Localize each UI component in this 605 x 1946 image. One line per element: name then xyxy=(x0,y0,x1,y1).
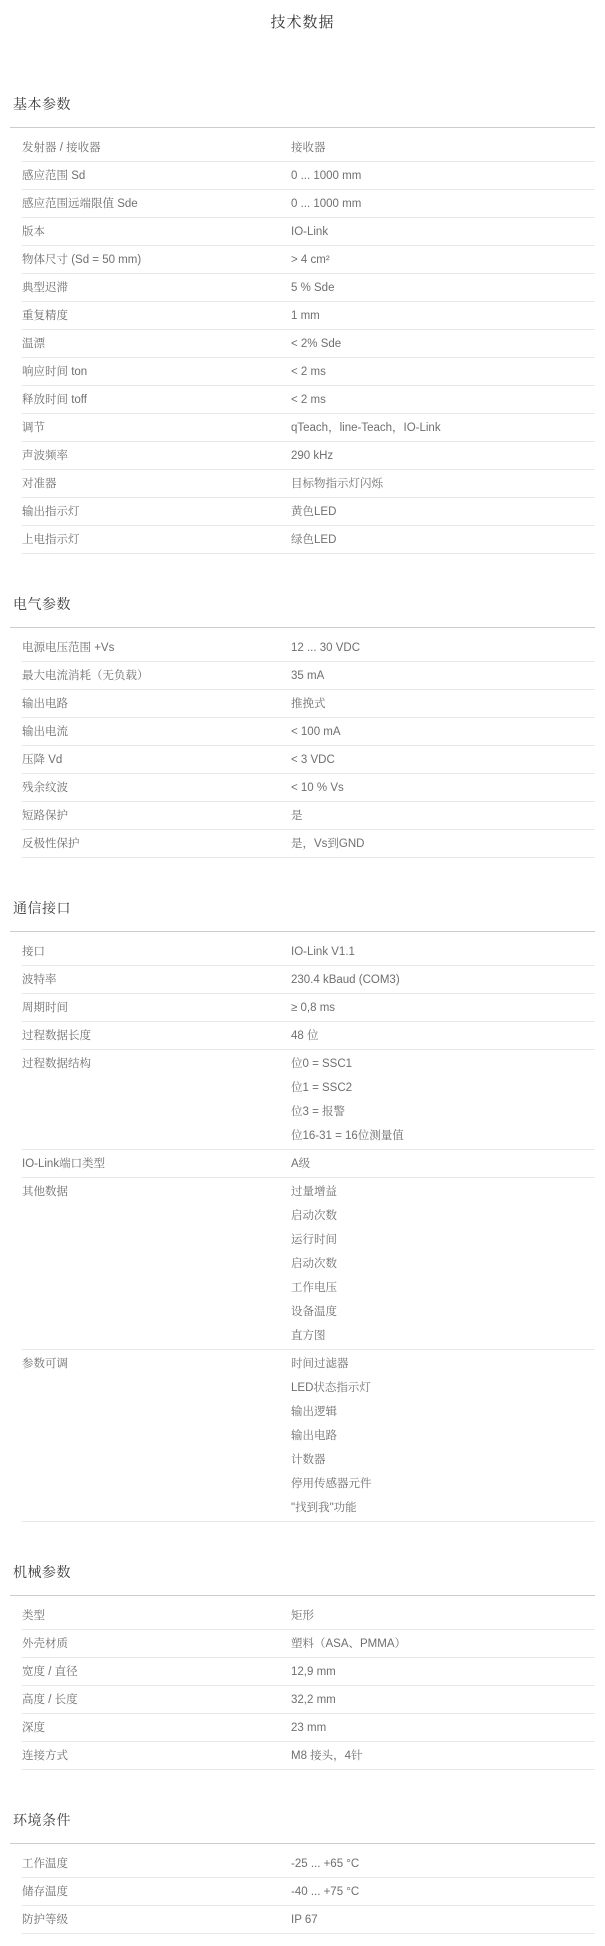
spec-value-line: 启动次数 xyxy=(291,1257,595,1271)
spec-value: < 100 mA xyxy=(291,725,595,739)
spec-value-line: "找到我"功能 xyxy=(291,1501,595,1515)
spec-value-line: M8 接头，4针 xyxy=(291,1749,595,1763)
spec-value: 5 % Sde xyxy=(291,281,595,295)
spec-value: A级 xyxy=(291,1157,595,1171)
spec-label: 深度 xyxy=(22,1721,291,1735)
spec-value: < 3 VDC xyxy=(291,753,595,767)
spec-value-line: 48 位 xyxy=(291,1029,595,1043)
spec-row: 工作温度-25 ... +65 °C xyxy=(22,1850,595,1878)
spec-label: 高度 / 长度 xyxy=(22,1693,291,1707)
spec-row: 反极性保护是，Vs到GND xyxy=(22,830,595,858)
spec-label: 对准器 xyxy=(22,477,291,491)
spec-row: 其他数据过量增益启动次数运行时间启动次数工作电压设备温度直方图 xyxy=(22,1178,595,1350)
rows-container: 接口IO-Link V1.1波特率230.4 kBaud (COM3)周期时间≥… xyxy=(22,932,595,1522)
spec-value-line: 32,2 mm xyxy=(291,1693,595,1707)
spec-value-line: 0 ... 1000 mm xyxy=(291,169,595,183)
spec-value-line: < 3 VDC xyxy=(291,753,595,767)
spec-value: 230.4 kBaud (COM3) xyxy=(291,973,595,987)
spec-value: 0 ... 1000 mm xyxy=(291,197,595,211)
spec-value: IP 67 xyxy=(291,1913,595,1927)
spec-label: 感应范围 Sd xyxy=(22,169,291,183)
spec-label: 释放时间 toff xyxy=(22,393,291,407)
spec-value: 23 mm xyxy=(291,1721,595,1735)
spec-label: 输出电路 xyxy=(22,697,291,711)
spec-value-line: 接收器 xyxy=(291,141,595,155)
spec-value-line: 12 ... 30 VDC xyxy=(291,641,595,655)
spec-label: 残余纹波 xyxy=(22,781,291,795)
spec-row: 上电指示灯绿色LED xyxy=(22,526,595,554)
spec-value-line: IP 67 xyxy=(291,1913,595,1927)
spec-value-line: 工作电压 xyxy=(291,1281,595,1295)
sections-container: 基本参数发射器 / 接收器接收器感应范围 Sd0 ... 1000 mm感应范围… xyxy=(0,94,605,1934)
technical-data-page: 技术数据 基本参数发射器 / 接收器接收器感应范围 Sd0 ... 1000 m… xyxy=(0,0,605,1946)
spec-row: 参数可调时间过滤器LED状态指示灯输出逻辑输出电路计数器停用传感器元件"找到我"… xyxy=(22,1350,595,1522)
spec-value: 32,2 mm xyxy=(291,1693,595,1707)
spec-value-line: 停用传感器元件 xyxy=(291,1477,595,1491)
spec-row: 压降 Vd< 3 VDC xyxy=(22,746,595,774)
spec-label: 重复精度 xyxy=(22,309,291,323)
spec-label: 外壳材质 xyxy=(22,1637,291,1651)
spec-label: 输出指示灯 xyxy=(22,505,291,519)
spec-value: 矩形 xyxy=(291,1609,595,1623)
spec-row: 调节qTeach，line-Teach，IO-Link xyxy=(22,414,595,442)
spec-value-line: 直方图 xyxy=(291,1329,595,1343)
section-heading: 基本参数 xyxy=(13,94,595,114)
spec-label: 调节 xyxy=(22,421,291,435)
spec-label: 上电指示灯 xyxy=(22,533,291,547)
spec-label: 输出电流 xyxy=(22,725,291,739)
spec-value-line: 23 mm xyxy=(291,1721,595,1735)
spec-label: 周期时间 xyxy=(22,1001,291,1015)
spec-value: -40 ... +75 °C xyxy=(291,1885,595,1899)
spec-value-line: < 2 ms xyxy=(291,365,595,379)
spec-row: 类型矩形 xyxy=(22,1602,595,1630)
spec-value-line: < 2% Sde xyxy=(291,337,595,351)
spec-value: 时间过滤器LED状态指示灯输出逻辑输出电路计数器停用传感器元件"找到我"功能 xyxy=(291,1357,595,1515)
rows-container: 电源电压范围 +Vs12 ... 30 VDC最大电流消耗（无负载）35 mA输… xyxy=(22,628,595,858)
spec-row: 高度 / 长度32,2 mm xyxy=(22,1686,595,1714)
spec-label: 发射器 / 接收器 xyxy=(22,141,291,155)
spec-label: 电源电压范围 +Vs xyxy=(22,641,291,655)
spec-label: 典型迟滞 xyxy=(22,281,291,295)
spec-row: 典型迟滞5 % Sde xyxy=(22,274,595,302)
spec-value: -25 ... +65 °C xyxy=(291,1857,595,1871)
spec-value: 是，Vs到GND xyxy=(291,837,595,851)
spec-label: 储存温度 xyxy=(22,1885,291,1899)
spec-value: < 10 % Vs xyxy=(291,781,595,795)
spec-value-line: 设备温度 xyxy=(291,1305,595,1319)
spec-label: 接口 xyxy=(22,945,291,959)
spec-label: 过程数据长度 xyxy=(22,1029,291,1043)
spec-row: 输出电流< 100 mA xyxy=(22,718,595,746)
rows-container: 发射器 / 接收器接收器感应范围 Sd0 ... 1000 mm感应范围远端限值… xyxy=(22,128,595,554)
spec-label: 连接方式 xyxy=(22,1749,291,1763)
spec-row: 过程数据长度48 位 xyxy=(22,1022,595,1050)
spec-section: 基本参数发射器 / 接收器接收器感应范围 Sd0 ... 1000 mm感应范围… xyxy=(10,94,595,554)
spec-label: 温漂 xyxy=(22,337,291,351)
spec-label: 类型 xyxy=(22,1609,291,1623)
spec-value-line: 位1 = SSC2 xyxy=(291,1081,595,1095)
spec-label: 响应时间 ton xyxy=(22,365,291,379)
section-heading: 通信接口 xyxy=(13,898,595,918)
spec-row: 周期时间≥ 0,8 ms xyxy=(22,994,595,1022)
spec-value-line: 是 xyxy=(291,809,595,823)
spec-value-line: 输出逻辑 xyxy=(291,1405,595,1419)
spec-value: ≥ 0,8 ms xyxy=(291,1001,595,1015)
spec-value-line: 绿色LED xyxy=(291,533,595,547)
spec-value: 绿色LED xyxy=(291,533,595,547)
spec-value-line: 计数器 xyxy=(291,1453,595,1467)
spec-value: 48 位 xyxy=(291,1029,595,1043)
spec-value-line: > 4 cm² xyxy=(291,253,595,267)
spec-label: 短路保护 xyxy=(22,809,291,823)
spec-value: 黄色LED xyxy=(291,505,595,519)
spec-value-line: 塑料（ASA、PMMA） xyxy=(291,1637,595,1651)
spec-value-line: IO-Link xyxy=(291,225,595,239)
spec-label: 其他数据 xyxy=(22,1185,291,1199)
spec-row: 最大电流消耗（无负载）35 mA xyxy=(22,662,595,690)
spec-label: 版本 xyxy=(22,225,291,239)
spec-label: 工作温度 xyxy=(22,1857,291,1871)
spec-value-line: qTeach，line-Teach，IO-Link xyxy=(291,421,595,435)
spec-row: 释放时间 toff< 2 ms xyxy=(22,386,595,414)
spec-value-line: 5 % Sde xyxy=(291,281,595,295)
spec-value-line: 目标物指示灯闪烁 xyxy=(291,477,595,491)
spec-value-line: LED状态指示灯 xyxy=(291,1381,595,1395)
spec-value-line: ≥ 0,8 ms xyxy=(291,1001,595,1015)
spec-value-line: 启动次数 xyxy=(291,1209,595,1223)
spec-label: 压降 Vd xyxy=(22,753,291,767)
spec-label: 声波频率 xyxy=(22,449,291,463)
spec-value-line: < 2 ms xyxy=(291,393,595,407)
spec-label: 波特率 xyxy=(22,973,291,987)
spec-row: 对准器目标物指示灯闪烁 xyxy=(22,470,595,498)
spec-label: 感应范围远端限值 Sde xyxy=(22,197,291,211)
spec-row: 物体尺寸 (Sd = 50 mm)> 4 cm² xyxy=(22,246,595,274)
spec-label: 宽度 / 直径 xyxy=(22,1665,291,1679)
spec-value: < 2 ms xyxy=(291,365,595,379)
spec-value: 位0 = SSC1位1 = SSC2位3 = 报警位16-31 = 16位测量值 xyxy=(291,1057,595,1143)
spec-row: 响应时间 ton< 2 ms xyxy=(22,358,595,386)
spec-row: 接口IO-Link V1.1 xyxy=(22,938,595,966)
spec-label: 最大电流消耗（无负载） xyxy=(22,669,291,683)
spec-row: 电源电压范围 +Vs12 ... 30 VDC xyxy=(22,634,595,662)
spec-value-line: 位16-31 = 16位测量值 xyxy=(291,1129,595,1143)
spec-label: 反极性保护 xyxy=(22,837,291,851)
spec-value: IO-Link xyxy=(291,225,595,239)
spec-value-line: 运行时间 xyxy=(291,1233,595,1247)
spec-section: 通信接口接口IO-Link V1.1波特率230.4 kBaud (COM3)周… xyxy=(10,898,595,1522)
rows-container: 工作温度-25 ... +65 °C储存温度-40 ... +75 °C防护等级… xyxy=(22,1844,595,1934)
spec-value: 290 kHz xyxy=(291,449,595,463)
rows-container: 类型矩形外壳材质塑料（ASA、PMMA）宽度 / 直径12,9 mm高度 / 长… xyxy=(22,1596,595,1770)
spec-value-line: IO-Link V1.1 xyxy=(291,945,595,959)
spec-value-line: 输出电路 xyxy=(291,1429,595,1443)
spec-value-line: 矩形 xyxy=(291,1609,595,1623)
spec-row: 储存温度-40 ... +75 °C xyxy=(22,1878,595,1906)
spec-row: 深度23 mm xyxy=(22,1714,595,1742)
spec-value-line: 290 kHz xyxy=(291,449,595,463)
spec-row: 重复精度1 mm xyxy=(22,302,595,330)
spec-row: 感应范围 Sd0 ... 1000 mm xyxy=(22,162,595,190)
spec-value-line: < 10 % Vs xyxy=(291,781,595,795)
spec-value: 推挽式 xyxy=(291,697,595,711)
spec-value-line: -25 ... +65 °C xyxy=(291,1857,595,1871)
spec-row: 短路保护是 xyxy=(22,802,595,830)
spec-value: > 4 cm² xyxy=(291,253,595,267)
spec-section: 电气参数电源电压范围 +Vs12 ... 30 VDC最大电流消耗（无负载）35… xyxy=(10,594,595,858)
spec-value-line: 黄色LED xyxy=(291,505,595,519)
spec-value-line: 时间过滤器 xyxy=(291,1357,595,1371)
spec-row: 声波频率290 kHz xyxy=(22,442,595,470)
section-heading: 机械参数 xyxy=(13,1562,595,1582)
spec-value-line: 12,9 mm xyxy=(291,1665,595,1679)
spec-row: 波特率230.4 kBaud (COM3) xyxy=(22,966,595,994)
spec-value-line: 过量增益 xyxy=(291,1185,595,1199)
spec-value: 是 xyxy=(291,809,595,823)
section-heading: 环境条件 xyxy=(13,1810,595,1830)
spec-row: 宽度 / 直径12,9 mm xyxy=(22,1658,595,1686)
spec-section: 机械参数类型矩形外壳材质塑料（ASA、PMMA）宽度 / 直径12,9 mm高度… xyxy=(10,1562,595,1770)
spec-value-line: 位3 = 报警 xyxy=(291,1105,595,1119)
spec-value-line: < 100 mA xyxy=(291,725,595,739)
spec-row: 外壳材质塑料（ASA、PMMA） xyxy=(22,1630,595,1658)
spec-row: 感应范围远端限值 Sde0 ... 1000 mm xyxy=(22,190,595,218)
spec-section: 环境条件工作温度-25 ... +65 °C储存温度-40 ... +75 °C… xyxy=(10,1810,595,1934)
spec-value: qTeach，line-Teach，IO-Link xyxy=(291,421,595,435)
spec-label: 过程数据结构 xyxy=(22,1057,291,1071)
spec-label: 参数可调 xyxy=(22,1357,291,1371)
spec-value: 12,9 mm xyxy=(291,1665,595,1679)
spec-value-line: 推挽式 xyxy=(291,697,595,711)
spec-label: IO-Link端口类型 xyxy=(22,1157,291,1171)
spec-row: 温漂< 2% Sde xyxy=(22,330,595,358)
spec-value: 35 mA xyxy=(291,669,595,683)
spec-value-line: 是，Vs到GND xyxy=(291,837,595,851)
spec-value: IO-Link V1.1 xyxy=(291,945,595,959)
spec-value: 1 mm xyxy=(291,309,595,323)
spec-value-line: 1 mm xyxy=(291,309,595,323)
spec-value: 12 ... 30 VDC xyxy=(291,641,595,655)
spec-value-line: A级 xyxy=(291,1157,595,1171)
spec-row: 输出指示灯黄色LED xyxy=(22,498,595,526)
spec-value: 目标物指示灯闪烁 xyxy=(291,477,595,491)
spec-label: 防护等级 xyxy=(22,1913,291,1927)
spec-row: 过程数据结构位0 = SSC1位1 = SSC2位3 = 报警位16-31 = … xyxy=(22,1050,595,1150)
spec-value: 塑料（ASA、PMMA） xyxy=(291,1637,595,1651)
spec-value: 过量增益启动次数运行时间启动次数工作电压设备温度直方图 xyxy=(291,1185,595,1343)
spec-value-line: 0 ... 1000 mm xyxy=(291,197,595,211)
spec-row: 防护等级IP 67 xyxy=(22,1906,595,1934)
spec-value: 0 ... 1000 mm xyxy=(291,169,595,183)
spec-row: 版本IO-Link xyxy=(22,218,595,246)
spec-value: M8 接头，4针 xyxy=(291,1749,595,1763)
spec-row: 发射器 / 接收器接收器 xyxy=(22,134,595,162)
spec-value-line: -40 ... +75 °C xyxy=(291,1885,595,1899)
spec-value-line: 35 mA xyxy=(291,669,595,683)
spec-row: 连接方式M8 接头，4针 xyxy=(22,1742,595,1770)
spec-value: < 2% Sde xyxy=(291,337,595,351)
spec-row: 残余纹波< 10 % Vs xyxy=(22,774,595,802)
spec-label: 物体尺寸 (Sd = 50 mm) xyxy=(22,253,291,267)
spec-value-line: 230.4 kBaud (COM3) xyxy=(291,973,595,987)
spec-row: 输出电路推挽式 xyxy=(22,690,595,718)
page-title: 技术数据 xyxy=(0,11,605,32)
spec-row: IO-Link端口类型A级 xyxy=(22,1150,595,1178)
spec-value: < 2 ms xyxy=(291,393,595,407)
spec-value: 接收器 xyxy=(291,141,595,155)
spec-value-line: 位0 = SSC1 xyxy=(291,1057,595,1071)
section-heading: 电气参数 xyxy=(13,594,595,614)
